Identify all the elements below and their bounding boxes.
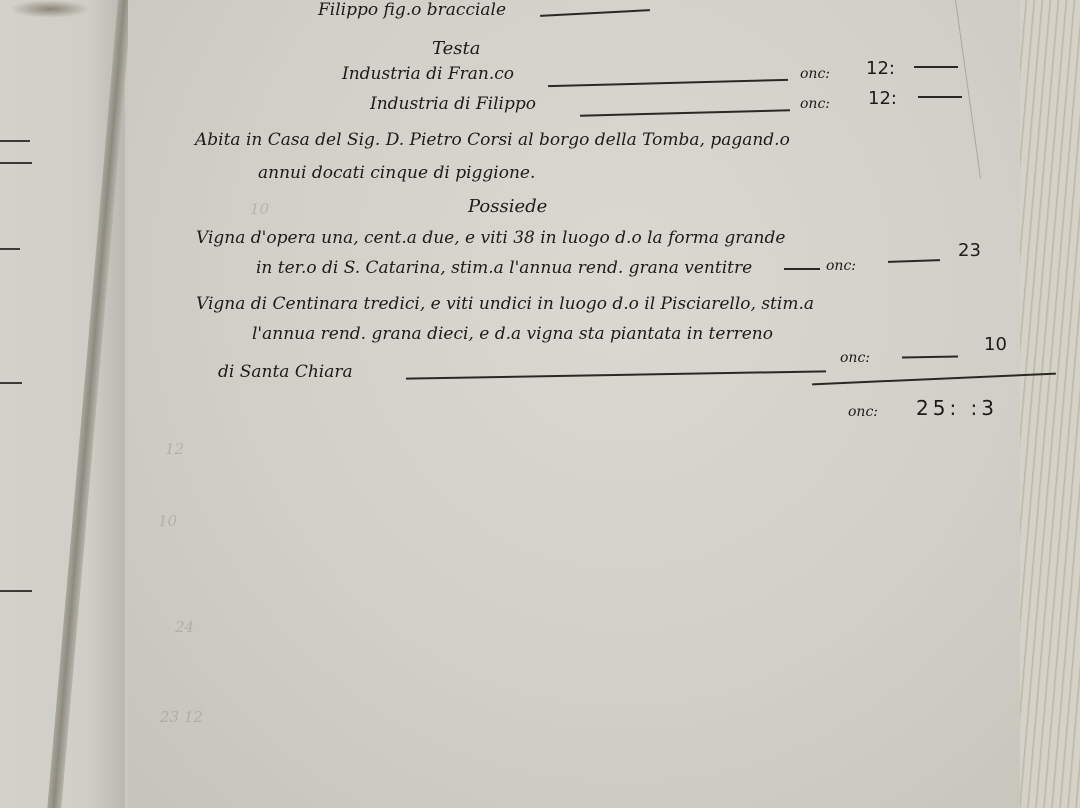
industry-entry-label: Industria di Filippo — [370, 94, 536, 114]
manuscript-page — [128, 0, 1028, 808]
unit-label: onc: — [800, 66, 830, 82]
possessions-heading: Possiede — [468, 196, 547, 217]
property-2-line-1: Vigna di Centinara tredici, e viti undic… — [196, 294, 814, 314]
bleed-number: 10 — [250, 200, 269, 218]
page-edges — [1020, 0, 1080, 808]
left-page-rule — [0, 382, 22, 384]
amount-value: 12: — [866, 58, 895, 79]
left-page-rule — [0, 162, 32, 164]
ink-smudge — [10, 0, 90, 18]
bleed-number: 23 12 — [160, 708, 203, 726]
leader-line — [784, 268, 820, 270]
total-amount: 25: :3 — [916, 396, 998, 420]
top-line-text: Filippo fig.o bracciale — [318, 0, 506, 20]
amount-value: 10 — [984, 334, 1007, 355]
amount-value: 23 — [958, 240, 981, 261]
bleed-number: 24 — [175, 618, 194, 636]
section-heading: Testa — [432, 38, 480, 59]
bleed-number: 12 — [165, 440, 184, 458]
unit-label: onc: — [840, 350, 870, 366]
property-2-line-3: di Santa Chiara — [218, 362, 353, 382]
bleed-number: 10 — [158, 512, 177, 530]
amount-dash — [914, 66, 958, 68]
property-1-line-1: Vigna d'opera una, cent.a due, e viti 38… — [196, 228, 785, 248]
amount-value: 12: — [868, 88, 897, 109]
industry-entry-label: Industria di Fran.co — [342, 64, 514, 84]
left-page-rule — [0, 248, 20, 250]
total-unit-label: onc: — [848, 404, 878, 420]
unit-label: onc: — [826, 258, 856, 274]
residence-line-2: annui docati cinque di piggione. — [258, 163, 535, 183]
left-page-rule — [0, 140, 30, 142]
amount-dash — [918, 96, 962, 98]
residence-line-1: Abita in Casa del Sig. D. Pietro Corsi a… — [195, 130, 790, 150]
unit-label: onc: — [800, 96, 830, 112]
left-page-rule — [0, 590, 32, 592]
property-2-line-2: l'annua rend. grana dieci, e d.a vigna s… — [252, 324, 773, 344]
property-1-line-2: in ter.o di S. Catarina, stim.a l'annua … — [256, 258, 752, 278]
